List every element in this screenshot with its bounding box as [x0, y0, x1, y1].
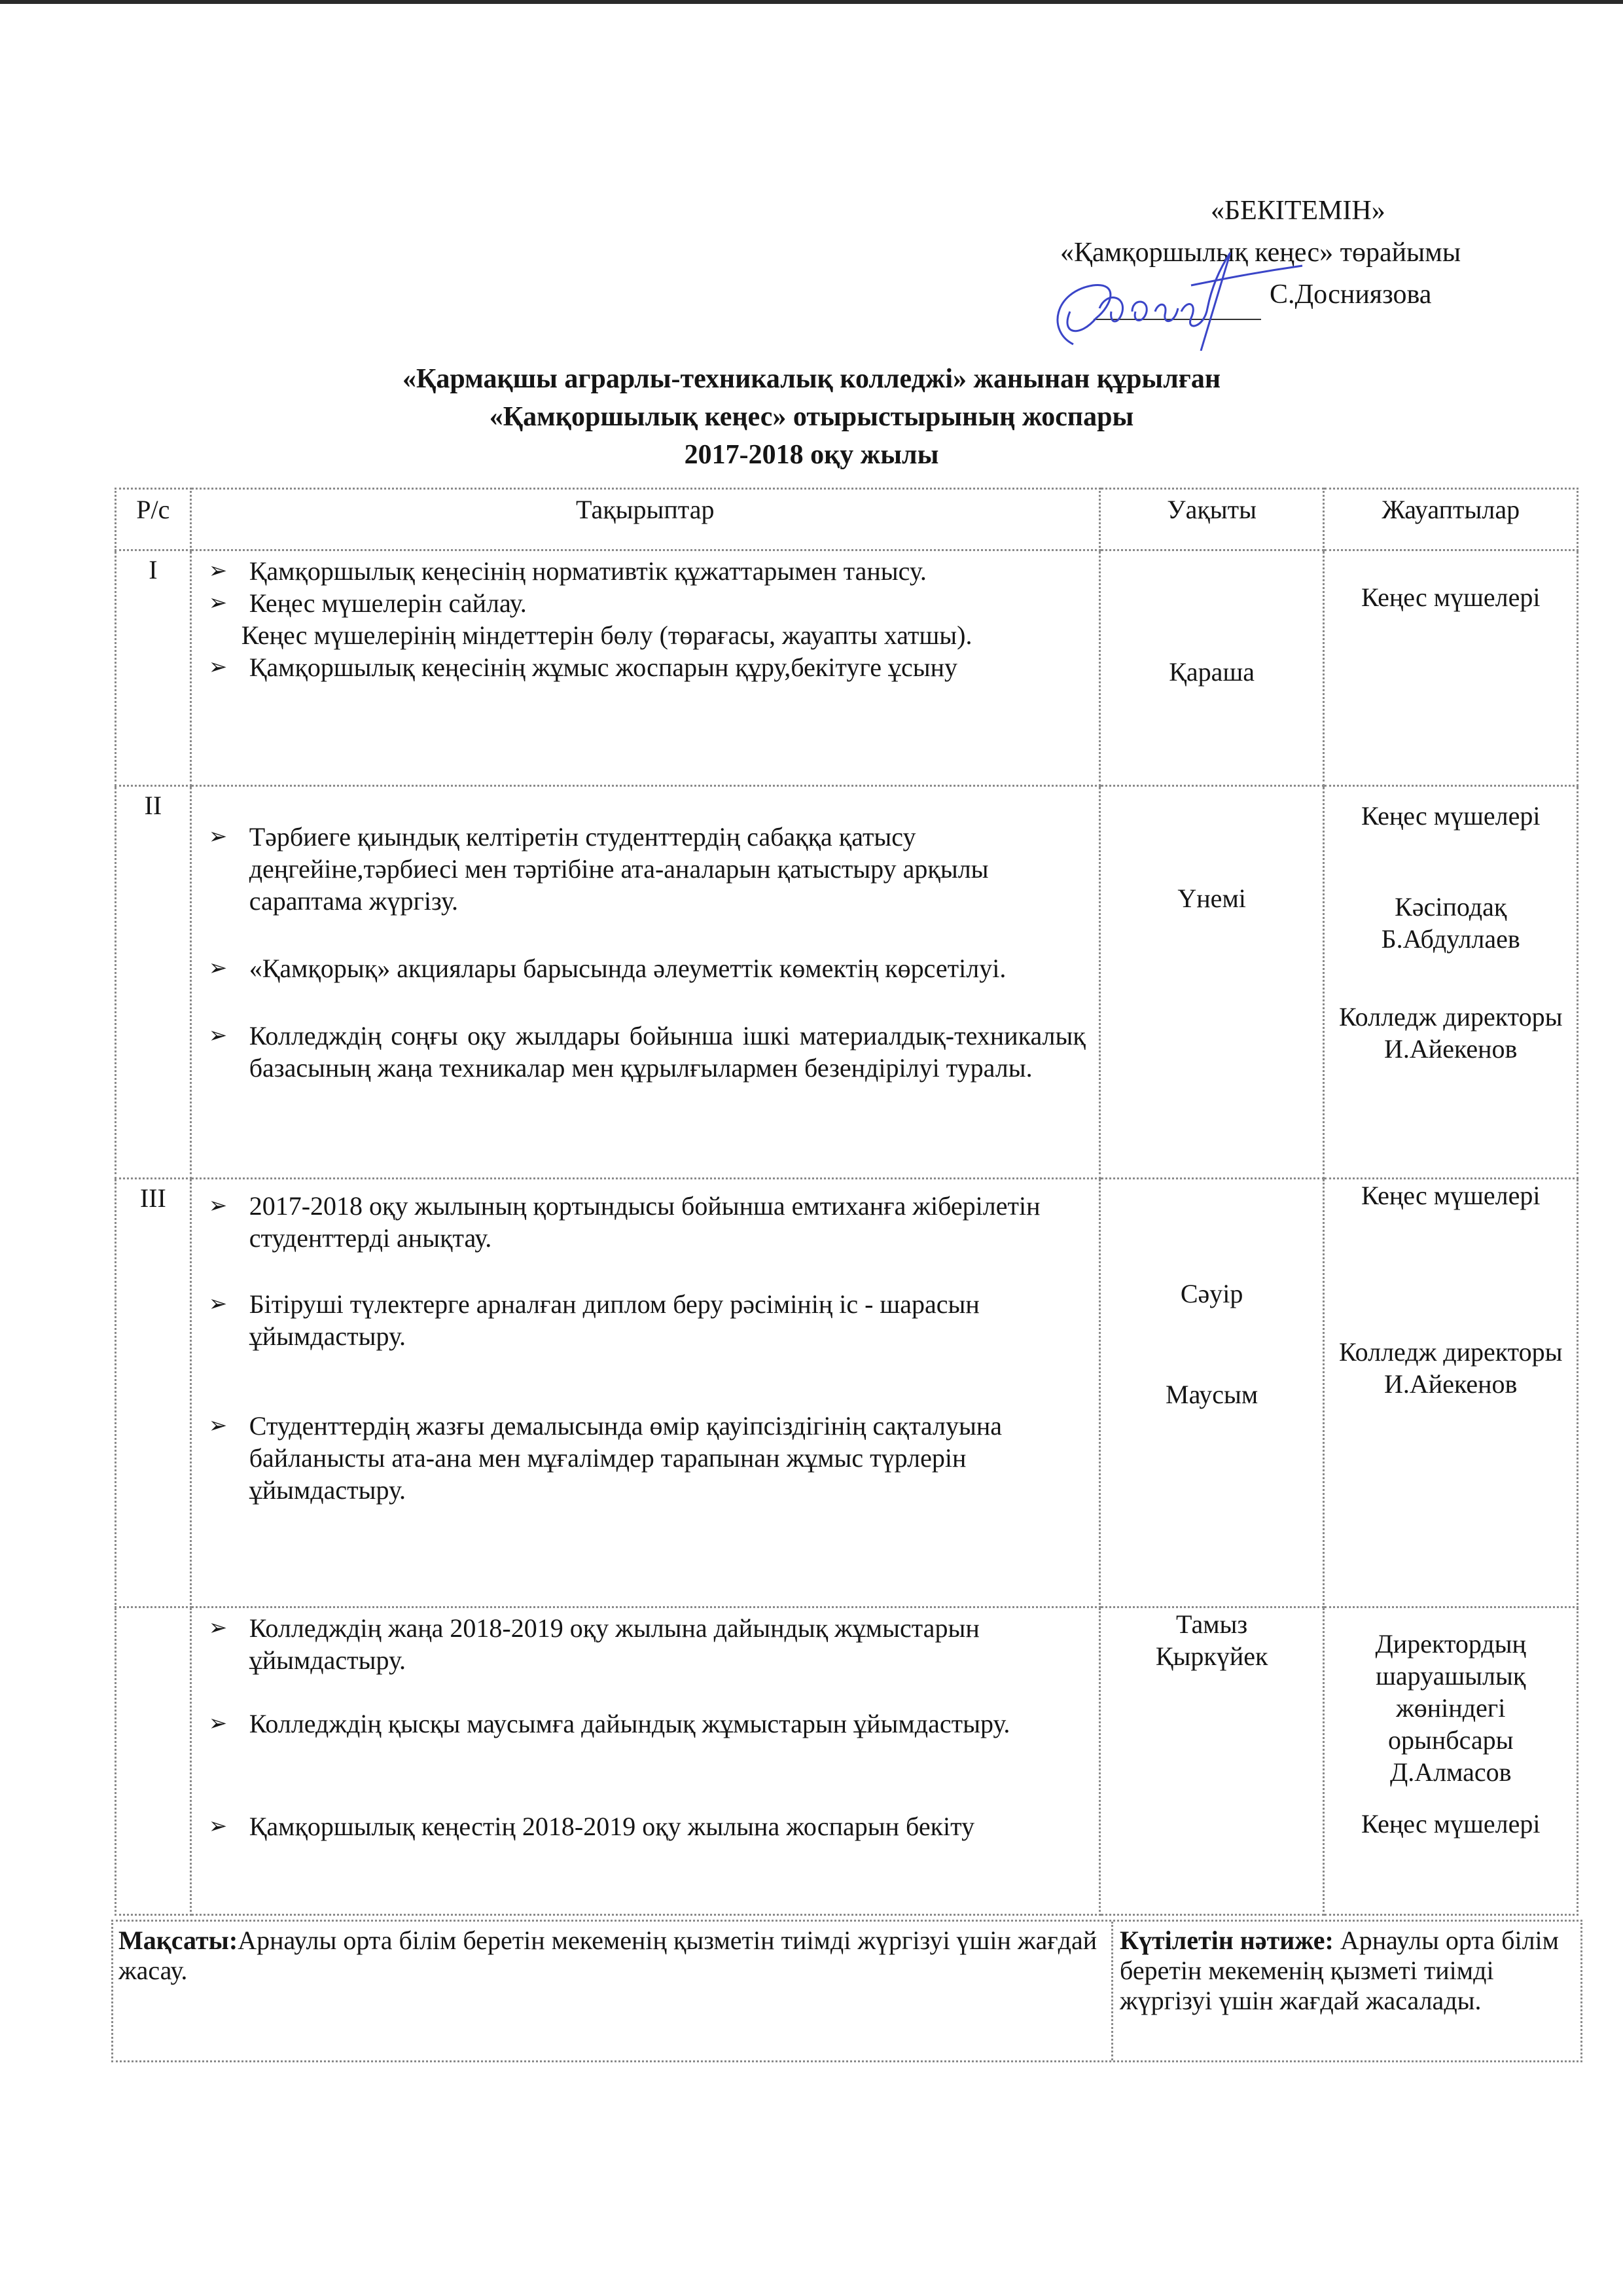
- topic-item: ➢ «Қамқорық» акциялары барысында әлеумет…: [249, 952, 1086, 984]
- table-header-row: Р/с Тақырыптар Уақыты Жауаптылар: [116, 489, 1578, 550]
- title-line-2: «Қамқоршылық кеңес» отырыстырының жоспар…: [0, 398, 1623, 436]
- topic-text: Колледждің соңғы оқу жылдары бойынша ішк…: [249, 1021, 1086, 1083]
- plan-table: Р/с Тақырыптар Уақыты Жауаптылар I➢Қамқо…: [115, 488, 1578, 1916]
- topic-item: ➢Тәрбиеге қиындық келтіретін студенттерд…: [249, 821, 1086, 917]
- topic-text: Қамқоршылық кеңесінің нормативтік құжатт…: [249, 556, 927, 586]
- topic-item: ➢Бітіруші түлектерге арналған диплом бер…: [249, 1288, 1086, 1352]
- topic-text: Студенттердің жазғы демалысында өмір қау…: [249, 1411, 1002, 1505]
- time-value: Тамыз Қыркүйек: [1101, 1608, 1323, 1672]
- topic-item: ➢Колледждің қысқы маусымға дайындық жұмы…: [249, 1708, 1086, 1740]
- responsible-value: Колледж директоры И.Айекенов: [1325, 1336, 1577, 1400]
- row-number: II: [116, 786, 191, 1179]
- signature-line: [1094, 319, 1261, 320]
- time-value: Маусым: [1101, 1378, 1323, 1410]
- topic-item: ➢2017-2018 оқу жылының қортындысы бойынш…: [249, 1190, 1086, 1254]
- header-time: Уақыты: [1099, 489, 1324, 550]
- responsible-value: Директордың шаруашылық жөніндегі орынбса…: [1325, 1628, 1577, 1788]
- topics-list: ➢2017-2018 оқу жылының қортындысы бойынш…: [192, 1179, 1099, 1509]
- footer-box: Мақсаты:Арнаулы орта білім беретін мекем…: [111, 1920, 1582, 2062]
- topic-text: Кеңес мүшелерінің міндеттерін бөлу (төра…: [241, 620, 972, 650]
- header-topics: Тақырыптар: [190, 489, 1099, 550]
- row-number: I: [116, 550, 191, 786]
- time-cell: Үнемі: [1099, 786, 1324, 1179]
- time-value: Үнемі: [1101, 882, 1323, 914]
- topics-list: ➢Колледждің жаңа 2018-2019 оқу жылына да…: [192, 1608, 1099, 1845]
- approval-stamp: «БЕКІТЕМІН»: [1211, 194, 1385, 228]
- header-responsible: Жауаптылар: [1324, 489, 1578, 550]
- topic-text: Кеңес мүшелерін сайлау.: [249, 588, 527, 618]
- arrow-bullet-icon: ➢: [209, 1190, 228, 1222]
- table-row: II➢Тәрбиеге қиындық келтіретін студентте…: [116, 786, 1578, 1179]
- table-row: III➢2017-2018 оқу жылының қортындысы бой…: [116, 1179, 1578, 1607]
- topic-text: Колледждің қысқы маусымға дайындық жұмыс…: [249, 1709, 1010, 1738]
- document-title: «Қармақшы аграрлы-техникалық колледжі» ж…: [0, 360, 1623, 474]
- arrow-bullet-icon: ➢: [209, 651, 228, 683]
- approval-name: С.Досниязова: [1270, 278, 1431, 312]
- table-row: ➢Колледждің жаңа 2018-2019 оқу жылына да…: [116, 1607, 1578, 1915]
- arrow-bullet-icon: ➢: [209, 1612, 228, 1644]
- arrow-bullet-icon: ➢: [209, 1810, 228, 1842]
- goal-cell: Мақсаты:Арнаулы орта білім беретін мекем…: [113, 1922, 1113, 2060]
- topic-item: ➢Студенттердің жазғы демалысында өмір қа…: [249, 1410, 1086, 1506]
- time-value: Қараша: [1101, 656, 1323, 688]
- topic-item: ➢Кеңес мүшелерін сайлау.: [249, 587, 1086, 619]
- topics-cell: ➢Қамқоршылық кеңесінің нормативтік құжат…: [190, 550, 1099, 786]
- topic-text: Қамқоршылық кеңестің 2018-2019 оқу жылын…: [249, 1812, 974, 1841]
- topic-text: Бітіруші түлектерге арналған диплом беру…: [249, 1289, 980, 1351]
- responsible-value: Кеңес мүшелері: [1325, 800, 1577, 832]
- arrow-bullet-icon: ➢: [209, 587, 228, 619]
- topic-text: Қамқоршылық кеңесінің жұмыс жоспарын құр…: [249, 653, 957, 682]
- approval-position: «Қамқоршылық кеңес» төрайымы: [1060, 236, 1461, 270]
- result-cell: Күтілетін нәтиже: Арнаулы орта білім бер…: [1113, 1922, 1580, 2060]
- topics-cell: ➢Колледждің жаңа 2018-2019 оқу жылына да…: [190, 1607, 1099, 1915]
- title-line-1: «Қармақшы аграрлы-техникалық колледжі» ж…: [0, 360, 1623, 398]
- arrow-bullet-icon: ➢: [209, 1288, 228, 1320]
- title-line-3: 2017-2018 оқу жылы: [0, 436, 1623, 474]
- arrow-bullet-icon: ➢: [209, 821, 228, 853]
- responsible-cell: Кеңес мүшелеріКәсіподақ Б.АбдуллаевКолле…: [1324, 786, 1578, 1179]
- arrow-bullet-icon: ➢: [209, 555, 228, 587]
- responsible-cell: Директордың шаруашылық жөніндегі орынбса…: [1324, 1607, 1578, 1915]
- responsible-value: Кеңес мүшелері: [1325, 1179, 1577, 1211]
- topic-item: Кеңес мүшелерінің міндеттерін бөлу (төра…: [241, 619, 1086, 651]
- result-label: Күтілетін нәтиже:: [1120, 1926, 1334, 1955]
- responsible-cell: Кеңес мүшелеріКолледж директоры И.Айекен…: [1324, 1179, 1578, 1607]
- topic-text: «Қамқорық» акциялары барысында әлеуметті…: [249, 954, 1007, 983]
- time-cell: СәуірМаусым: [1099, 1179, 1324, 1607]
- time-cell: Қараша: [1099, 550, 1324, 786]
- responsible-cell: Кеңес мүшелері: [1324, 550, 1578, 786]
- goal-label: Мақсаты:: [118, 1926, 238, 1955]
- time-value: Сәуір: [1101, 1278, 1323, 1310]
- topics-list: ➢Тәрбиеге қиындық келтіретін студенттерд…: [192, 787, 1099, 1086]
- topic-text: Колледждің жаңа 2018-2019 оқу жылына дай…: [249, 1613, 980, 1675]
- table-row: I➢Қамқоршылық кеңесінің нормативтік құжа…: [116, 550, 1578, 786]
- topic-item: ➢Колледждің соңғы оқу жылдары бойынша іш…: [249, 1020, 1086, 1084]
- responsible-value: Кеңес мүшелері: [1325, 1808, 1577, 1840]
- goal-text: Арнаулы орта білім беретін мекеменің қыз…: [118, 1926, 1097, 1985]
- scan-edge: [0, 0, 1623, 4]
- arrow-bullet-icon: ➢: [209, 952, 228, 984]
- row-number: [116, 1607, 191, 1915]
- arrow-bullet-icon: ➢: [209, 1708, 228, 1740]
- topics-cell: ➢Тәрбиеге қиындық келтіретін студенттерд…: [190, 786, 1099, 1179]
- topic-item: ➢Қамқоршылық кеңесінің нормативтік құжат…: [249, 555, 1086, 587]
- arrow-bullet-icon: ➢: [209, 1020, 228, 1052]
- topic-text: 2017-2018 оқу жылының қортындысы бойынша…: [249, 1191, 1041, 1253]
- responsible-value: Кеңес мүшелері: [1325, 581, 1577, 613]
- arrow-bullet-icon: ➢: [209, 1410, 228, 1442]
- topic-item: ➢Қамқоршылық кеңестің 2018-2019 оқу жылы…: [249, 1810, 1086, 1842]
- header-num: Р/с: [116, 489, 191, 550]
- time-cell: Тамыз Қыркүйек: [1099, 1607, 1324, 1915]
- topic-text: Тәрбиеге қиындық келтіретін студенттерді…: [249, 822, 989, 916]
- topic-item: ➢Колледждің жаңа 2018-2019 оқу жылына да…: [249, 1612, 1086, 1676]
- topic-item: ➢Қамқоршылық кеңесінің жұмыс жоспарын құ…: [249, 651, 1086, 683]
- row-number: III: [116, 1179, 191, 1607]
- topics-cell: ➢2017-2018 оқу жылының қортындысы бойынш…: [190, 1179, 1099, 1607]
- topics-list: ➢Қамқоршылық кеңесінің нормативтік құжат…: [192, 551, 1099, 686]
- responsible-value: Кәсіподақ Б.Абдуллаев: [1325, 891, 1577, 955]
- responsible-value: Колледж директоры И.Айекенов: [1325, 1001, 1577, 1065]
